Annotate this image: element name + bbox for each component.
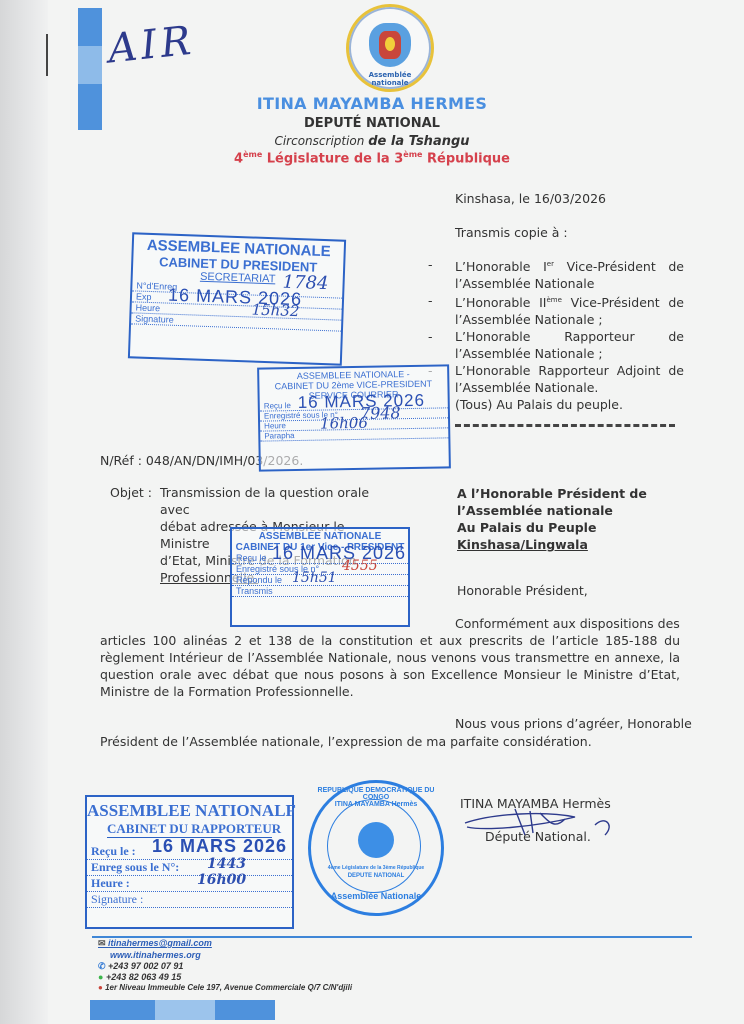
deputy-title: DEPUTÉ NATIONAL bbox=[0, 116, 744, 131]
stamp-cabinet-president: ASSEMBLEE NATIONALE CABINET DU PRESIDENT… bbox=[128, 232, 346, 365]
list-item: - L’Honorable Ier Vice-Président de l’As… bbox=[428, 256, 684, 292]
whatsapp-icon: ● bbox=[98, 972, 106, 982]
footer-bar-dark-2 bbox=[215, 1000, 275, 1020]
stamp-cabinet-rapporteur: ASSEMBLEE NATIONALF CABINET DU RAPPORTEU… bbox=[85, 795, 294, 929]
list-item: - L’Honorable Rapporteur Adjoint de l’As… bbox=[428, 362, 684, 396]
margin-mark bbox=[46, 34, 48, 76]
copies-list: - L’Honorable Ier Vice-Président de l’As… bbox=[428, 256, 684, 413]
recipient-block: A l’Honorable Président de l’Assemblée n… bbox=[457, 485, 677, 553]
copies-heading: Transmis copie à : bbox=[455, 224, 568, 241]
footer-phone: ✆ +243 97 002 07 91 bbox=[98, 961, 183, 972]
footer-bar-light bbox=[155, 1000, 215, 1020]
decorative-bar-top bbox=[78, 8, 102, 84]
body-p2: Président de l’Assemblée nationale, l’ex… bbox=[100, 733, 680, 750]
list-item: - L’Honorable Rapporteur de l’Assemblée … bbox=[428, 328, 684, 362]
list-item: - L’Honorable IIème Vice-Président de l’… bbox=[428, 292, 684, 328]
deputy-round-seal: REPUBLIQUE DEMOCRATIQUE DU CONGO ITINA M… bbox=[308, 780, 444, 916]
location-pin-icon: ● bbox=[98, 983, 105, 992]
assembly-logo-icon: Assemblée nationale bbox=[346, 4, 434, 92]
body-p1-first: Conformément aux dispositions des bbox=[455, 615, 680, 632]
phone-icon: ✆ bbox=[98, 961, 108, 971]
deputy-name: ITINA MAYAMBA HERMES bbox=[0, 94, 744, 113]
coat-of-arms-icon bbox=[358, 822, 394, 858]
handwritten-note: AIR bbox=[106, 18, 197, 73]
logo-text: Assemblée nationale bbox=[349, 71, 431, 87]
date-line: Kinshasa, le 16/03/2026 bbox=[455, 190, 606, 207]
footer-whatsapp: ● +243 82 063 49 15 bbox=[98, 972, 181, 982]
footer-bar-dark bbox=[90, 1000, 155, 1020]
salutation: Honorable Président, bbox=[457, 582, 588, 599]
legislature-line: 4ème Législature de la 3ème République bbox=[0, 150, 744, 166]
stamp-cabinet-1st-vice-president: ASSEMBLEE NATIONALE CABINET DU 1er Vice … bbox=[230, 527, 410, 627]
footer-website[interactable]: www.itinahermes.org bbox=[110, 950, 201, 960]
body-p2-first: Nous vous prions d’agréer, Honorable bbox=[455, 715, 692, 732]
stamp-cabinet-2nd-vice-president: ASSEMBLEE NATIONALE - CABINET DU 2ème VI… bbox=[257, 364, 451, 471]
footer-address: ● 1er Niveau Immeuble Cele 197, Avenue C… bbox=[98, 983, 352, 992]
copies-footer: (Tous) Au Palais du peuple. bbox=[428, 396, 684, 413]
body-p1: articles 100 alinéas 2 et 138 de la cons… bbox=[100, 632, 680, 700]
dashed-separator bbox=[455, 424, 675, 427]
circonscription: Circonscription de la Tshangu bbox=[0, 134, 744, 149]
objet-label: Objet : bbox=[110, 484, 152, 501]
signatory-title: Député National. bbox=[485, 828, 591, 845]
footer-email[interactable]: ✉ itinahermes@gmail.com bbox=[98, 938, 212, 949]
mail-icon: ✉ bbox=[98, 938, 108, 948]
